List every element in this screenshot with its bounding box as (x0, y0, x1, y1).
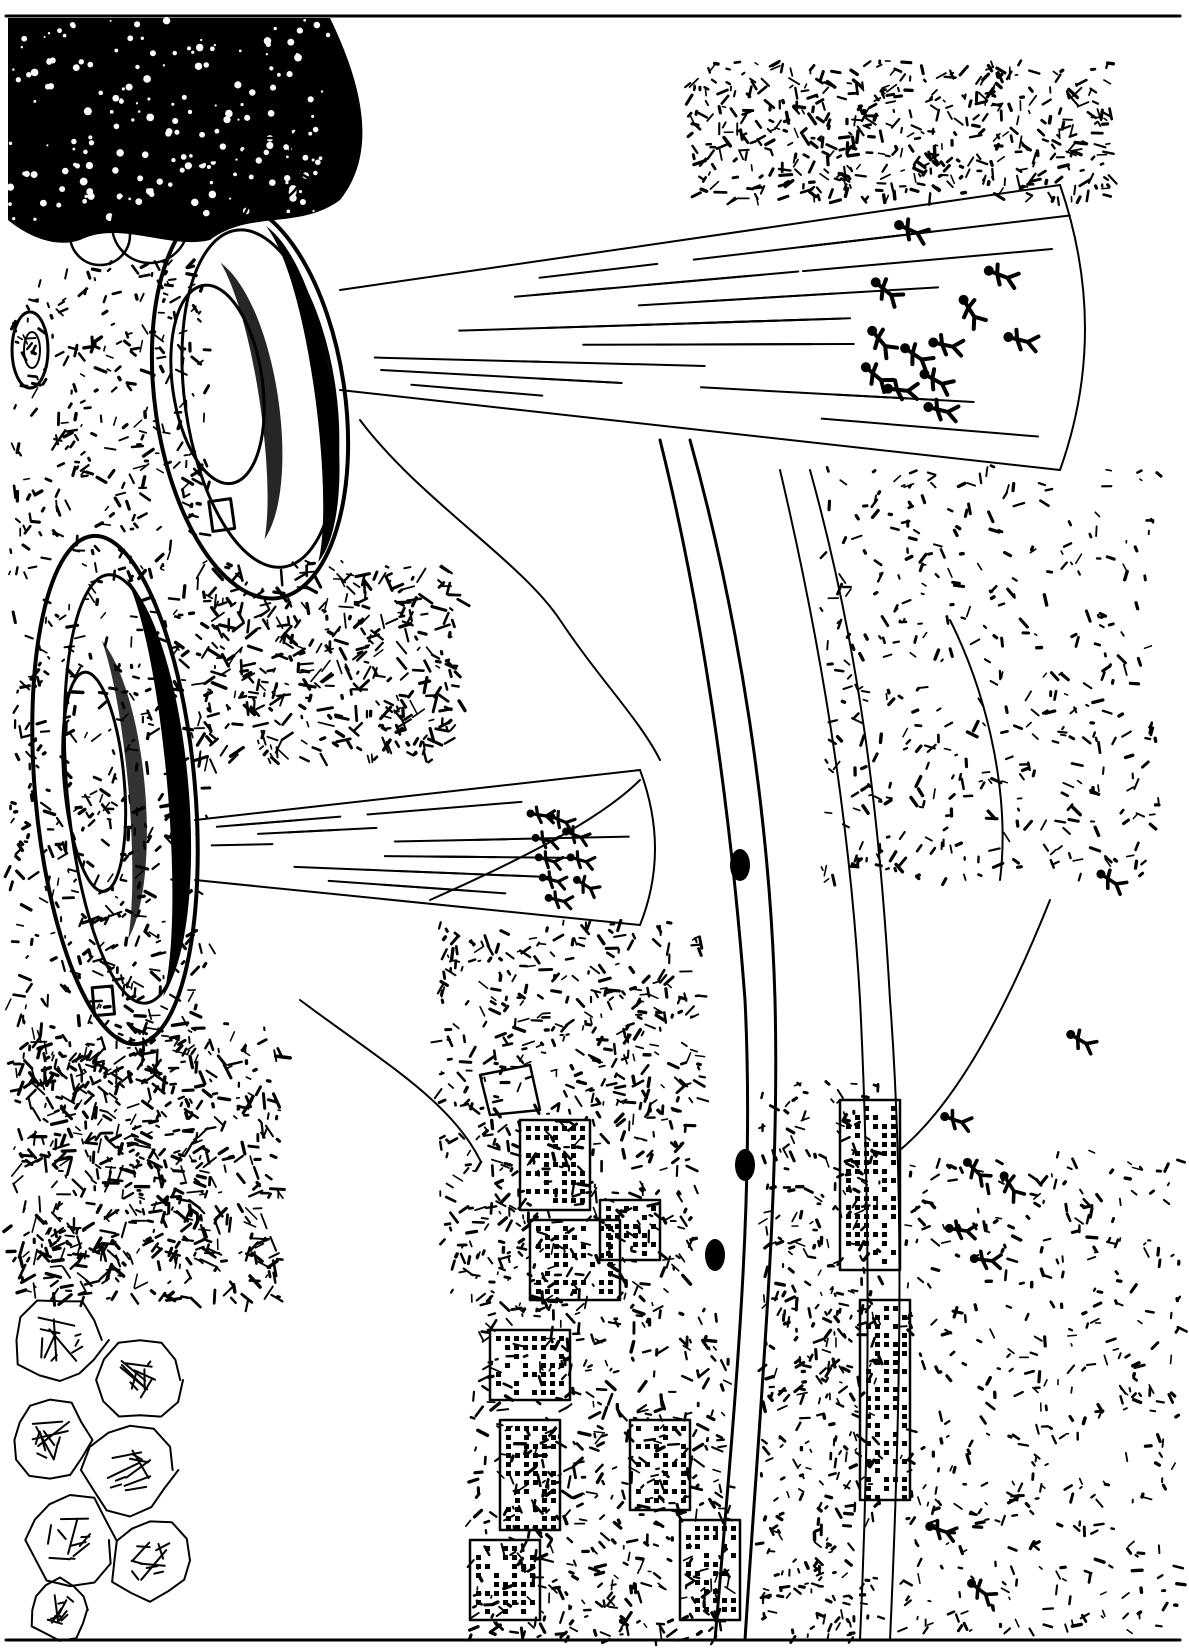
illustration-canvas (0, 0, 1189, 1652)
